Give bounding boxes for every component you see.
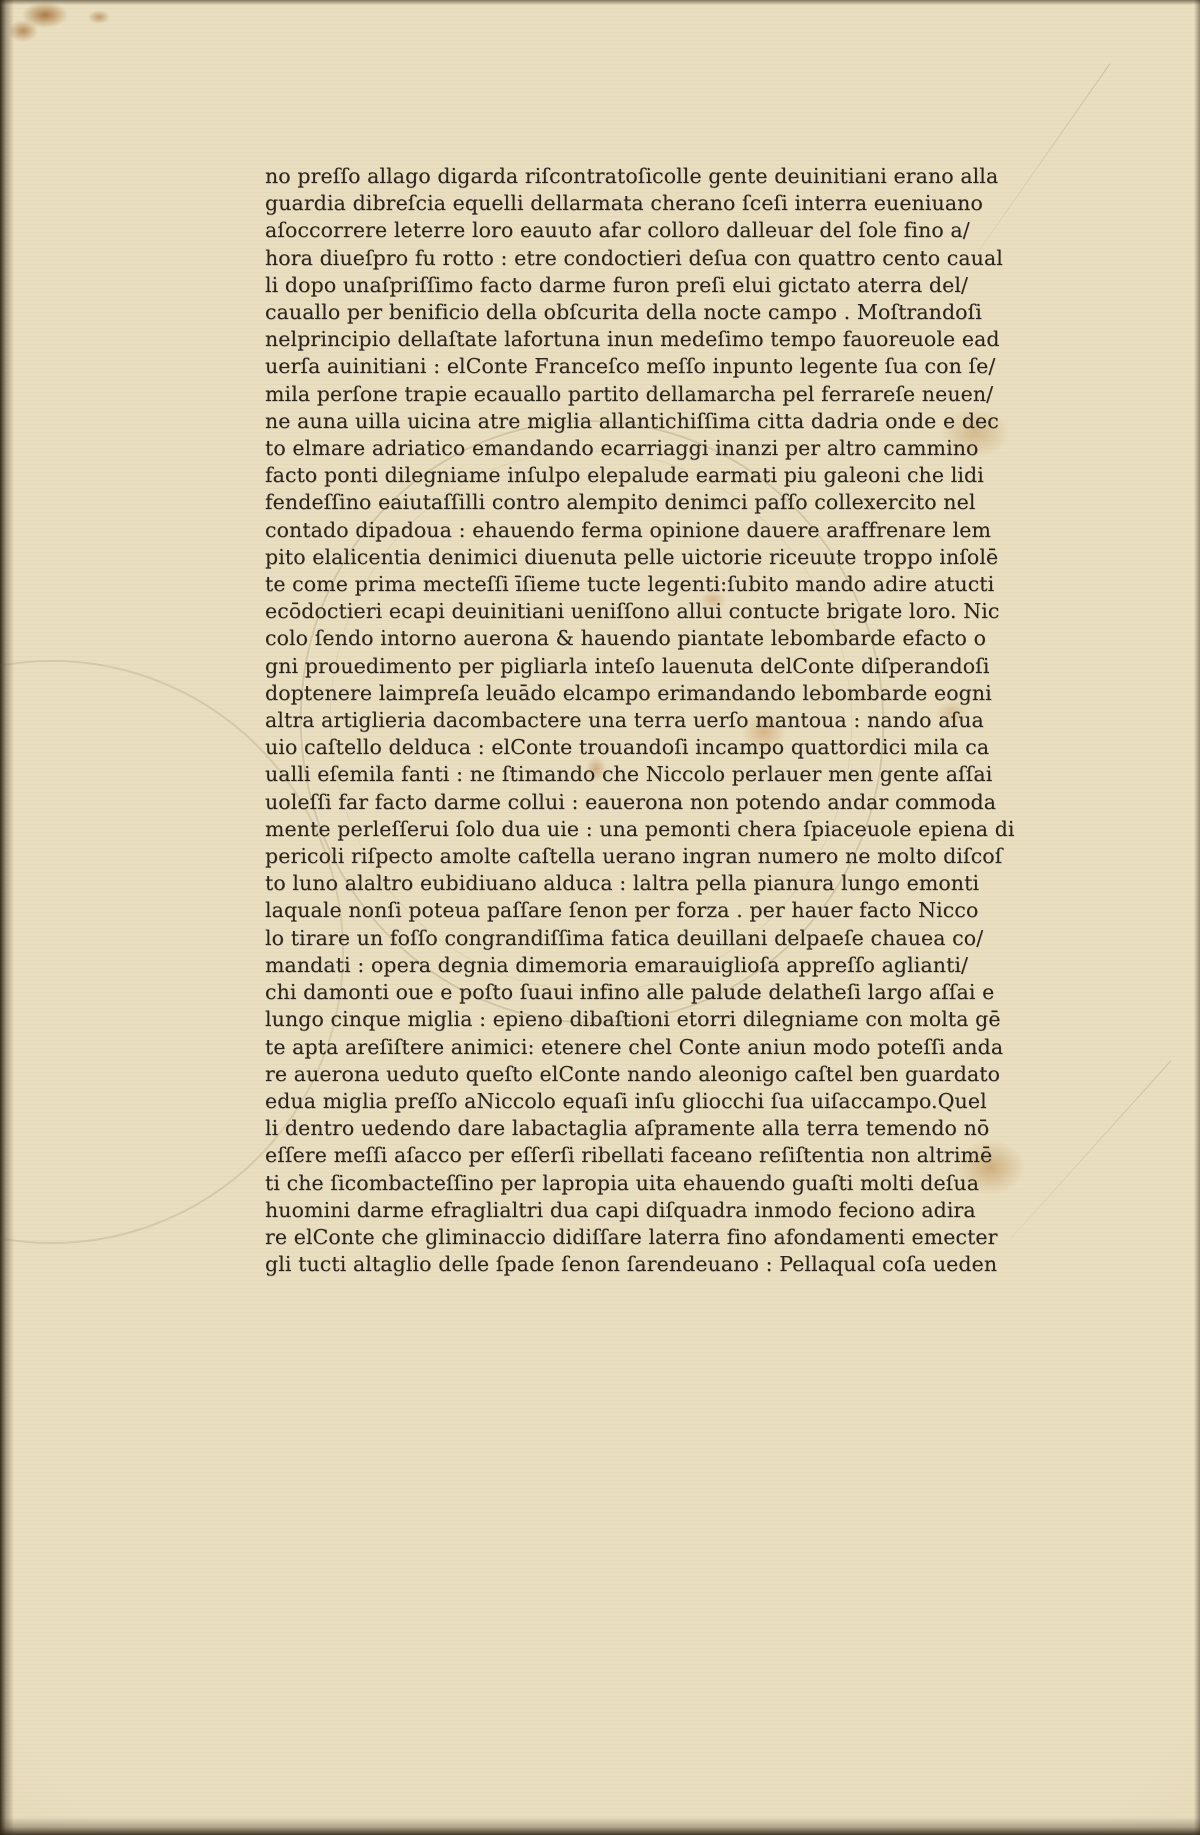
text-line: doptenere laimpreſa leuādo elcampo erima… — [265, 680, 957, 707]
text-line: ne auna uilla uicina atre miglia allanti… — [265, 408, 957, 435]
text-line: pericoli riſpecto amolte caſtella uerano… — [265, 843, 957, 870]
text-line: colo ſendo intorno auerona & hauendo pia… — [265, 625, 957, 652]
text-line: hora diueſpro fu rotto : etre condoctier… — [265, 245, 957, 272]
text-line: ualli eſemila fanti : ne ſtimando che Ni… — [265, 761, 957, 788]
text-line: ti che ſicombacteſſino per lapropia uita… — [265, 1170, 957, 1197]
text-line: edua miglia preſſo aNiccolo equaſi inſu … — [265, 1088, 957, 1115]
text-line: cauallo per benificio della obſcurita de… — [265, 299, 957, 326]
text-line: te apta areſiſtere animici: etenere chel… — [265, 1034, 957, 1061]
text-line: ecōdoctieri ecapi deuinitiani ueniſſono … — [265, 598, 957, 625]
text-line: nelprincipio dellaſtate lafortuna inun m… — [265, 326, 957, 353]
text-line: uoleſſi far facto darme collui : eaueron… — [265, 789, 957, 816]
text-line: to luno alaltro eubidiuano alduca : lalt… — [265, 870, 957, 897]
text-line: aſoccorrere leterre loro eauuto afar col… — [265, 217, 957, 244]
text-line: huomini darme efraglialtri dua capi diſq… — [265, 1197, 957, 1224]
text-line: re elConte che gliminaccio didiſſare lat… — [265, 1224, 957, 1251]
text-line: gni prouedimento per pigliarla inteſo la… — [265, 653, 957, 680]
text-line: chi damonti oue e poſto ſuaui infino all… — [265, 979, 957, 1006]
printed-text-block: no preſſo allago digarda riſcontratoſico… — [265, 163, 957, 1278]
text-line: mente perleſſerui ſolo dua uie : una pem… — [265, 816, 957, 843]
text-line: uerſa auinitiani : elConte Franceſco meſ… — [265, 353, 957, 380]
text-line: lungo cinque miglia : epieno dibaſtioni … — [265, 1006, 957, 1033]
text-line: te come prima mecteſſi īſieme tucte lege… — [265, 571, 957, 598]
book-page-scan: no preſſo allago digarda riſcontratoſico… — [0, 0, 1200, 1835]
text-line: to elmare adriatico emandando ecarriaggi… — [265, 435, 957, 462]
text-line: lo tirare un foſſo congrandiſſima fatica… — [265, 925, 957, 952]
text-line: pito elalicentia denimici diuenuta pelle… — [265, 544, 957, 571]
text-line: li dopo unaſpriſſimo facto darme furon p… — [265, 272, 957, 299]
text-line: eſſere meſſi aſacco per eſſerſi ribellat… — [265, 1142, 957, 1169]
text-line: mandati : opera degnia dimemoria emaraui… — [265, 952, 957, 979]
text-line: laquale nonſi poteua paſſare ſenon per f… — [265, 897, 957, 924]
text-line: li dentro uedendo dare labactaglia aſpra… — [265, 1115, 957, 1142]
text-line: fendeſſino eaiutaſſilli contro alempito … — [265, 489, 957, 516]
text-line: facto ponti dilegniame inſulpo elepalude… — [265, 462, 957, 489]
text-line: re auerona ueduto queſto elConte nando a… — [265, 1061, 957, 1088]
text-line: mila perſone trapie ecauallo partito del… — [265, 381, 957, 408]
text-line: guardia dibreſcia equelli dellarmata che… — [265, 190, 957, 217]
text-line: no preſſo allago digarda riſcontratoſico… — [265, 163, 957, 190]
text-line: altra artiglieria dacombactere una terra… — [265, 707, 957, 734]
text-line: gli tucti altaglio delle ſpade ſenon ſar… — [265, 1251, 957, 1278]
text-line: contado dipadoua : ehauendo ferma opinio… — [265, 517, 957, 544]
text-line: uio caſtello delduca : elConte trouandoſ… — [265, 734, 957, 761]
